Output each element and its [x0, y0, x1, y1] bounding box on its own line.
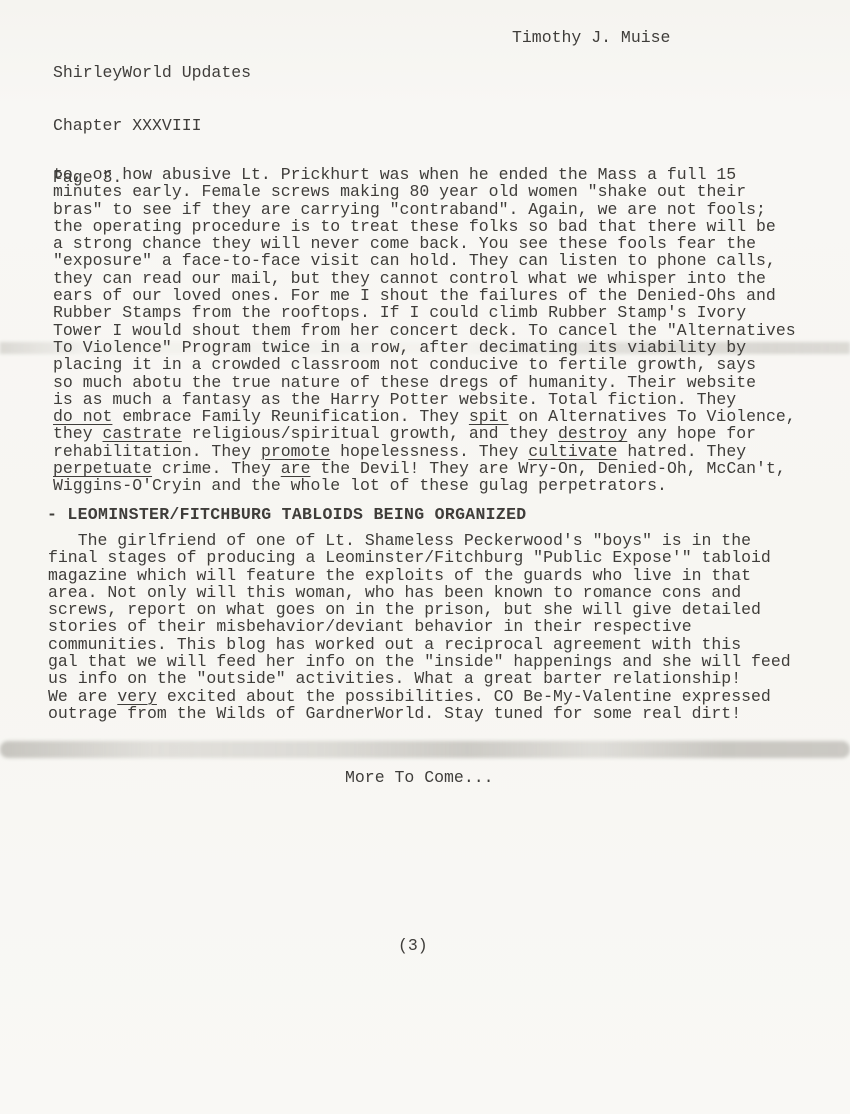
text-line: perpetuate crime. They are the Devil! Th… — [53, 460, 796, 477]
underlined-text: castrate — [103, 424, 182, 443]
scanned-document-page: ShirleyWorld Updates Chapter XXXVIII Pag… — [0, 0, 850, 1114]
underlined-text: perpetuate — [53, 459, 152, 478]
text-line: We are very excited about the possibilit… — [48, 688, 791, 705]
text-line: screws, report on what goes on in the pr… — [48, 601, 791, 618]
underlined-text: promote — [261, 442, 330, 461]
text-line: "exposure" a face-to-face visit can hold… — [53, 252, 796, 269]
text-line: a strong chance they will never come bac… — [53, 235, 796, 252]
text-line: ears of our loved ones. For me I shout t… — [53, 287, 796, 304]
text-line: the operating procedure is to treat thes… — [53, 218, 796, 235]
document-chapter: Chapter XXXVIII — [53, 117, 251, 135]
text-line: Rubber Stamps from the rooftops. If I co… — [53, 304, 796, 321]
scan-artifact-band — [0, 741, 850, 758]
text-line: placing it in a crowded classroom not co… — [53, 356, 796, 373]
text-line: they castrate religious/spiritual growth… — [53, 425, 796, 442]
text-line: To Violence" Program twice in a row, aft… — [53, 339, 796, 356]
text-line: Tower I would shout them from her concer… — [53, 322, 796, 339]
text-line: to, or how abusive Lt. Prickhurt was whe… — [53, 166, 796, 183]
underlined-text: spit — [469, 407, 509, 426]
paragraph-2: The girlfriend of one of Lt. Shameless P… — [48, 532, 791, 722]
text-line: area. Not only will this woman, who has … — [48, 584, 791, 601]
closing-line: More To Come... — [345, 769, 494, 786]
underlined-text: cultivate — [528, 442, 617, 461]
text-line: us info on the "outside" activities. Wha… — [48, 670, 791, 687]
page-number: (3) — [398, 937, 428, 954]
text-line: communities. This blog has worked out a … — [48, 636, 791, 653]
text-line: do not embrace Family Reunification. The… — [53, 408, 796, 425]
text-line: bras" to see if they are carrying "contr… — [53, 201, 796, 218]
underlined-text: very — [117, 687, 157, 706]
text-line: stories of their misbehavior/deviant beh… — [48, 618, 791, 635]
paragraph-1: to, or how abusive Lt. Prickhurt was whe… — [53, 166, 796, 495]
text-line: gal that we will feed her info on the "i… — [48, 653, 791, 670]
text-line: outrage from the Wilds of GardnerWorld. … — [48, 705, 791, 722]
text-line: they can read our mail, but they cannot … — [53, 270, 796, 287]
text-line: rehabilitation. They promote hopelessnes… — [53, 443, 796, 460]
text-line: so much abotu the true nature of these d… — [53, 374, 796, 391]
text-line: final stages of producing a Leominster/F… — [48, 549, 791, 566]
document-author: Timothy J. Muise — [512, 29, 670, 47]
text-line: Wiggins-O'Cryin and the whole lot of the… — [53, 477, 796, 494]
document-title: ShirleyWorld Updates — [53, 64, 251, 82]
text-line: The girlfriend of one of Lt. Shameless P… — [48, 532, 791, 549]
section-heading: - LEOMINSTER/FITCHBURG TABLOIDS BEING OR… — [47, 506, 526, 524]
text-line: minutes early. Female screws making 80 y… — [53, 183, 796, 200]
underlined-text: destroy — [558, 424, 627, 443]
underlined-text: are — [281, 459, 311, 478]
underlined-text: do not — [53, 407, 112, 426]
text-line: magazine which will feature the exploits… — [48, 567, 791, 584]
text-line: is as much a fantasy as the Harry Potter… — [53, 391, 796, 408]
